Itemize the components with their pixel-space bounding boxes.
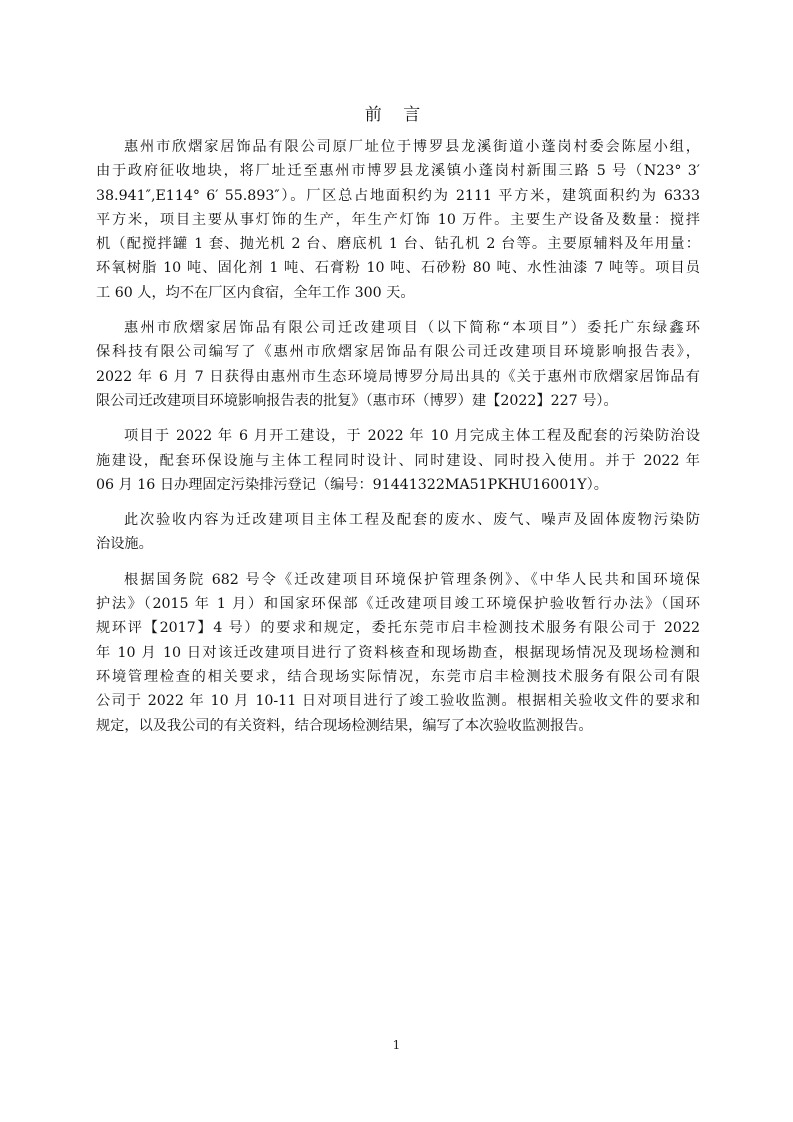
text-line: 治设施。 [96, 532, 700, 556]
text-line: 规定，以及我公司的有关资料，结合现场检测结果，编写了本次验收监测报告。 [96, 714, 700, 738]
text-line: 38.941″,E114° 6′ 55.893″）。厂区总占地面积约为 2111… [96, 184, 700, 208]
text-line: 公司于 2022 年 10 月 10-11 日对项目进行了竣工验收监测。根据相关… [96, 689, 700, 713]
paragraph-regulations: 根据国务院 682 号令《迁改建项目环境保护管理条例》、《中华人民共和国环境保 … [96, 568, 700, 738]
text-line: 惠州市欣熠家居饰品有限公司迁改建项目（以下简称“本项目”）委托广东绿鑫环 [96, 316, 700, 340]
text-line: 年 10 月 10 日对该迁改建项目进行了资料核查和现场勘查，根据现场情况及现场… [96, 641, 700, 665]
paragraph-acceptance-scope: 此次验收内容为迁改建项目主体工程及配套的废水、废气、噪声及固体废物污染防 治设施… [96, 508, 700, 557]
text-line: 护法》（2015 年 1 月）和国家环保部《迁改建项目竣工环境保护验收暂行办法》… [96, 592, 700, 616]
text-line: 限公司迁改建项目环境影响报告表的批复》（惠市环（博罗）建【2022】227 号）… [96, 389, 700, 413]
text-line: 规环评【2017】4 号）的要求和规定，委托东莞市启丰检测技术服务有限公司于 2… [96, 616, 700, 640]
text-line: 此次验收内容为迁改建项目主体工程及配套的废水、废气、噪声及固体废物污染防 [96, 508, 700, 532]
text-line: 平方米，项目主要从事灯饰的生产，年生产灯饰 10 万件。主要生产设备及数量：搅拌 [96, 208, 700, 232]
text-line: 项目于 2022 年 6 月开工建设，于 2022 年 10 月完成主体工程及配… [96, 424, 700, 448]
document-body: 惠州市欣熠家居饰品有限公司原厂址位于博罗县龙溪街道小蓬岗村委会陈屋小组， 由于政… [96, 135, 700, 749]
text-line: 机（配搅拌罐 1 套、抛光机 2 台、磨底机 1 台、钻孔机 2 台等。主要原辅… [96, 232, 700, 256]
text-line: 2022 年 6 月 7 日获得由惠州市生态环境局博罗分局出具的《关于惠州市欣熠… [96, 365, 700, 389]
paragraph-construction: 项目于 2022 年 6 月开工建设，于 2022 年 10 月完成主体工程及配… [96, 424, 700, 497]
page-title: 前 言 [0, 100, 793, 125]
text-line: 由于政府征收地块，将厂址迁至惠州市博罗县龙溪镇小蓬岗村新围三路 5 号（N23°… [96, 159, 700, 183]
paragraph-original-site: 惠州市欣熠家居饰品有限公司原厂址位于博罗县龙溪街道小蓬岗村委会陈屋小组， 由于政… [96, 135, 700, 305]
text-line: 惠州市欣熠家居饰品有限公司原厂址位于博罗县龙溪街道小蓬岗村委会陈屋小组， [96, 135, 700, 159]
text-line: 环氧树脂 10 吨、固化剂 1 吨、石膏粉 10 吨、石砂粉 80 吨、水性油漆… [96, 256, 700, 280]
text-line: 06 月 16 日办理固定污染排污登记（编号：91441322MA51PKHU1… [96, 473, 700, 497]
paragraph-eia-report: 惠州市欣熠家居饰品有限公司迁改建项目（以下简称“本项目”）委托广东绿鑫环 保科技… [96, 316, 700, 413]
text-line: 保科技有限公司编写了《惠州市欣熠家居饰品有限公司迁改建项目环境影响报告表》， [96, 340, 700, 364]
text-line: 工 60 人，均不在厂区内食宿，全年工作 300 天。 [96, 281, 700, 305]
page-number: 1 [0, 1038, 793, 1052]
text-line: 根据国务院 682 号令《迁改建项目环境保护管理条例》、《中华人民共和国环境保 [96, 568, 700, 592]
text-line: 环境管理检查的相关要求，结合现场实际情况，东莞市启丰检测技术服务有限公司有限 [96, 665, 700, 689]
text-line: 施建设，配套环保设施与主体工程同时设计、同时建设、同时投入使用。并于 2022 … [96, 449, 700, 473]
document-page: 前 言 惠州市欣熠家居饰品有限公司原厂址位于博罗县龙溪街道小蓬岗村委会陈屋小组，… [0, 0, 793, 1122]
